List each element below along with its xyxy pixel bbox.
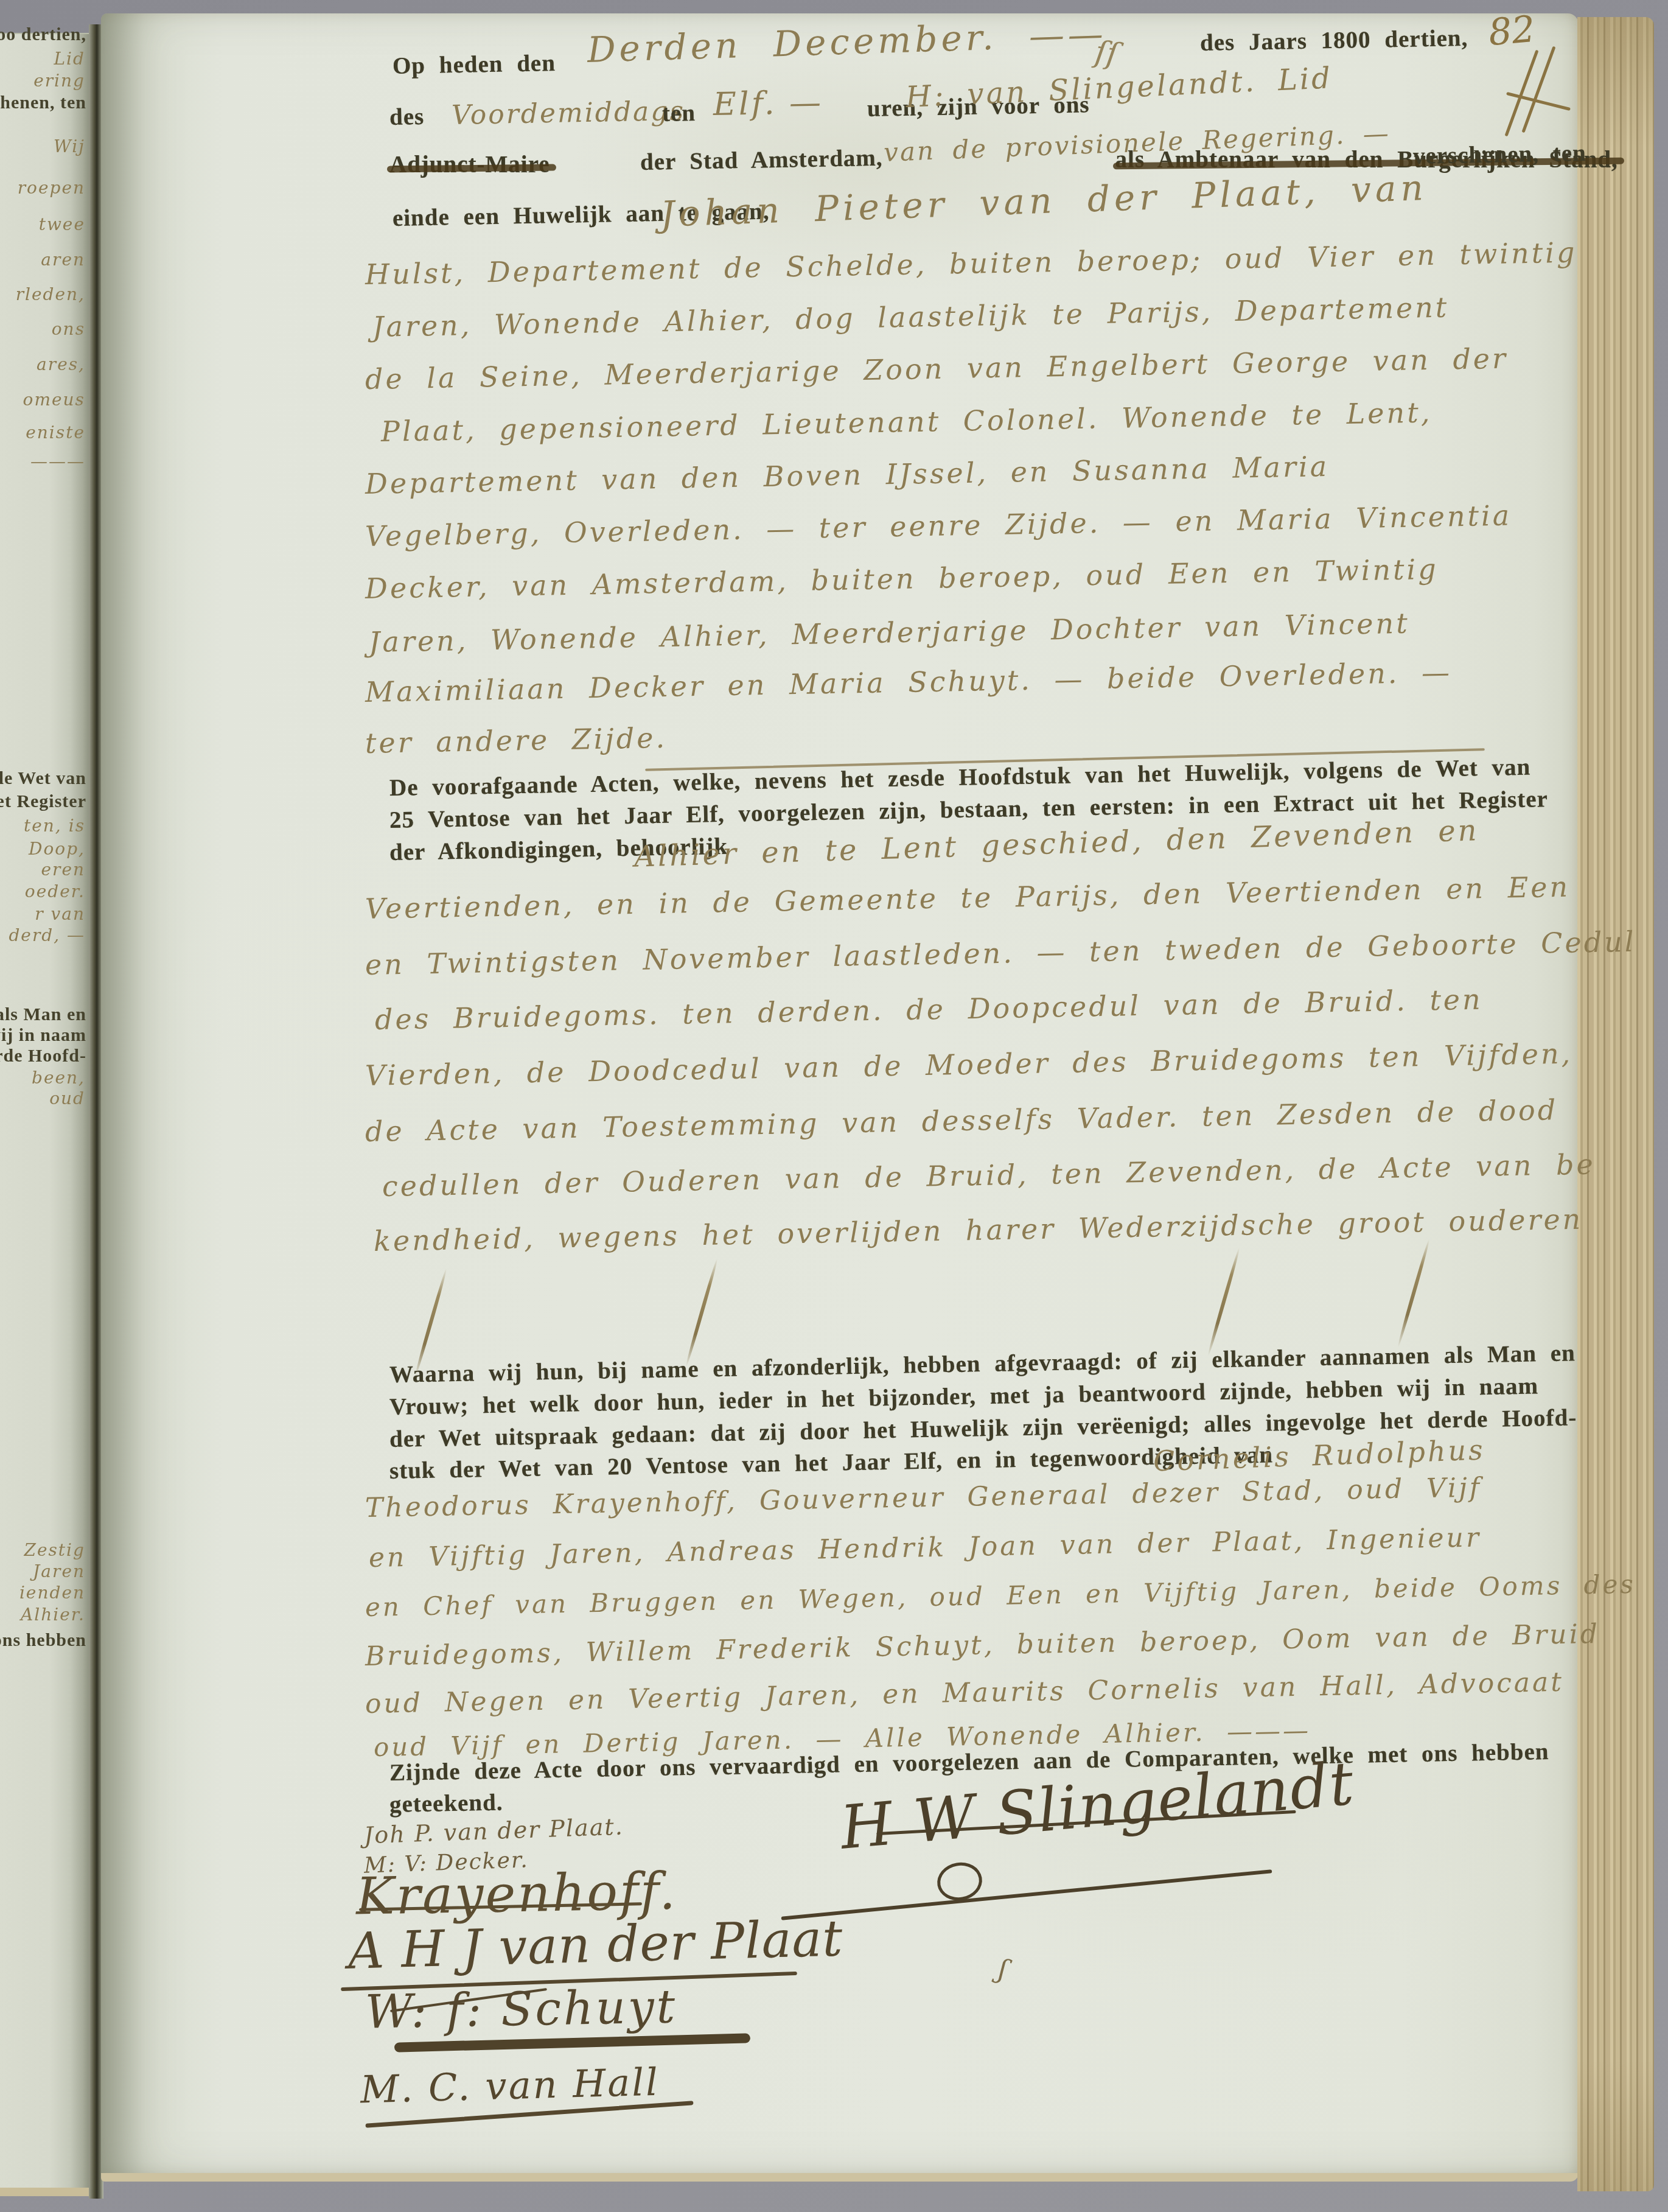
corner-paraph-mark [1502, 47, 1569, 151]
paraph-stroke [1521, 46, 1555, 133]
book-page-stack-edge [1577, 17, 1654, 2191]
fragment-text: been, [32, 1068, 85, 1088]
fragment-text: oeder. [25, 881, 85, 901]
handwritten-hour: Elf. — [713, 85, 823, 123]
fragment-text: Zestig [24, 1540, 85, 1560]
fragment-text: omeus [23, 390, 85, 410]
fragment-text: ——— [30, 452, 85, 472]
handwritten-daypart: Voordemiddags [452, 96, 686, 131]
fragment-text: derd, — [9, 925, 85, 945]
fragment-text: r van [35, 904, 85, 924]
printed-des: des [389, 103, 425, 131]
fragment-text: henen, ten [0, 93, 86, 113]
fragment-text: twee [39, 214, 85, 234]
fragment-text: Lid [54, 49, 85, 69]
fragment-text: Alhier. [21, 1605, 85, 1625]
fragment-text: ares, [37, 354, 85, 374]
printed-op-heden-den: Op heden den [393, 49, 556, 80]
fragment-text: ering [33, 71, 85, 91]
scanned-book-photo: oo dertien, Lid ering henen, ten Wij roe… [0, 0, 1668, 2212]
fragment-text: oud [49, 1088, 85, 1108]
fragment-text: rde Hoofd- [0, 1046, 86, 1066]
fragment-text: Jaren [33, 1561, 85, 1581]
signature-witness-vanhall: M. C. van Hall [360, 2060, 660, 2112]
fragment-text: als Man en [0, 1004, 86, 1025]
fragment-text: roepen [18, 178, 85, 198]
fragment-text: wij in naam [0, 1025, 86, 1046]
printed-ten: ten [662, 99, 696, 127]
fragment-text: ons hebben [0, 1630, 86, 1651]
fragment-text: oo dertien, [0, 24, 86, 45]
fragment-text: ten, is [24, 816, 85, 836]
fragment-text: ons [52, 319, 85, 339]
fragment-text: eniste [26, 422, 85, 443]
fragment-text: rleden, [16, 284, 85, 304]
fragment-text: de Wet van [0, 768, 86, 789]
fragment-text: aren [41, 250, 85, 270]
fragment-text: ienden [19, 1583, 85, 1603]
printed-der-stad-amsterdam: der Stad Amsterdam, [640, 144, 883, 176]
signature-witness-schuyt: W: f: Schuyt [365, 1979, 678, 2039]
fragment-text: eren [41, 859, 85, 880]
printed-struck-adjunct-maire: Adjunct-Maire [389, 152, 550, 178]
handwritten-party-close: ter andere Zijde. [365, 721, 668, 760]
previous-page-fragments: oo dertien, Lid ering henen, ten Wij roe… [0, 0, 89, 2212]
fragment-text: Wij [54, 136, 85, 156]
fragment-text: het Register [0, 791, 86, 812]
printed-verschenen-ten: verschenen, ten [1413, 139, 1587, 170]
printed-des-jaars: des Jaars 1800 dertien, [1200, 24, 1468, 57]
fragment-text: Doop, [29, 839, 85, 859]
printed-closing-line: geteekend. [389, 1789, 503, 1818]
